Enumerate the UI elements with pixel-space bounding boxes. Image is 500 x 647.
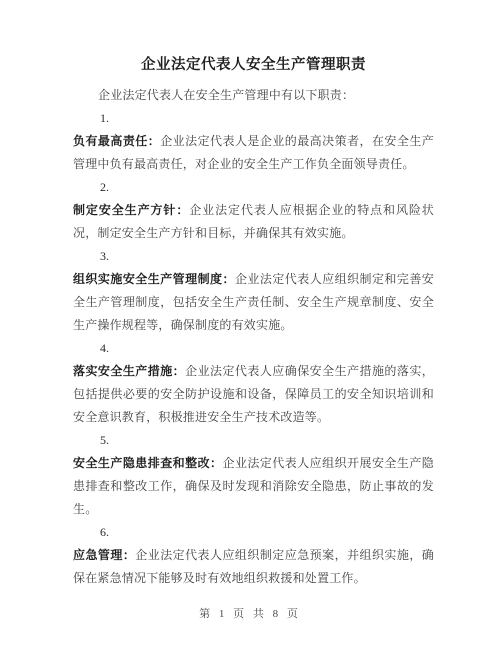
- item-paragraph: 组织实施安全生产管理制度：企业法定代表人应组织制定和完善安全生产管理制度，包括安…: [73, 268, 434, 337]
- duty-item: 5. 安全生产隐患排查和整改：企业法定代表人应组织开展安全生产隐患排查和整改工作…: [73, 429, 434, 521]
- item-lead: 制定安全生产方针：: [73, 203, 189, 217]
- item-lead: 落实安全生产措施：: [73, 364, 185, 378]
- duty-item: 3. 组织实施安全生产管理制度：企业法定代表人应组织制定和完善安全生产管理制度，…: [73, 245, 434, 337]
- intro-paragraph: 企业法定代表人在安全生产管理中有以下职责：: [73, 84, 434, 107]
- item-number: 2.: [73, 176, 434, 199]
- document-page: 企业法定代表人安全生产管理职责 企业法定代表人在安全生产管理中有以下职责： 1.…: [0, 0, 500, 647]
- item-paragraph: 落实安全生产措施：企业法定代表人应确保安全生产措施的落实，包括提供必要的安全防护…: [73, 360, 434, 429]
- duty-item: 6. 应急管理：企业法定代表人应组织制定应急预案，并组织实施，确保在紧急情况下能…: [73, 521, 434, 590]
- duty-item: 1. 负有最高责任：企业法定代表人是企业的最高决策者，在安全生产管理中负有最高责…: [73, 107, 434, 176]
- document-title: 企业法定代表人安全生产管理职责: [73, 54, 434, 76]
- item-lead: 负有最高责任：: [73, 134, 160, 148]
- item-number: 5.: [73, 429, 434, 452]
- item-paragraph: 制定安全生产方针：企业法定代表人应根据企业的特点和风险状况，制定安全生产方针和目…: [73, 199, 434, 245]
- item-paragraph: 安全生产隐患排查和整改：企业法定代表人应组织开展安全生产隐患排查和整改工作，确保…: [73, 452, 434, 521]
- document-body: 企业法定代表人安全生产管理职责 企业法定代表人在安全生产管理中有以下职责： 1.…: [0, 0, 500, 590]
- page-number-footer: 第 1 页 共 8 页: [0, 605, 500, 621]
- item-number: 3.: [73, 245, 434, 268]
- item-lead: 安全生产隐患排查和整改：: [73, 456, 222, 470]
- item-lead: 应急管理：: [73, 548, 135, 562]
- duty-item: 2. 制定安全生产方针：企业法定代表人应根据企业的特点和风险状况，制定安全生产方…: [73, 176, 434, 245]
- item-lead: 组织实施安全生产管理制度：: [73, 272, 235, 286]
- item-number: 4.: [73, 337, 434, 360]
- item-number: 6.: [73, 521, 434, 544]
- duty-item: 4. 落实安全生产措施：企业法定代表人应确保安全生产措施的落实，包括提供必要的安…: [73, 337, 434, 429]
- item-paragraph: 应急管理：企业法定代表人应组织制定应急预案，并组织实施，确保在紧急情况下能够及时…: [73, 544, 434, 590]
- item-paragraph: 负有最高责任：企业法定代表人是企业的最高决策者，在安全生产管理中负有最高责任，对…: [73, 130, 434, 176]
- item-number: 1.: [73, 107, 434, 130]
